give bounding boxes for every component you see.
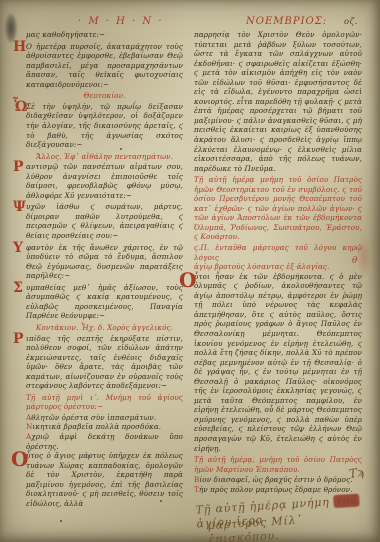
right-text-column: παρρησίᾳ τὸν Χριστὸν Θεὸν ὁμολογῶν· τύπτ…: [194, 30, 362, 494]
left-text-column: μας καθοδηγήσατε:~ Η Ο ἡμετέρᾳ πυρσοῖς, …: [26, 30, 183, 510]
vita-paragraph: Ο ὗτοι ἦσαν ἐκ τῶν ἑβδομήκοντα. ϛ ὁ μὲν …: [194, 272, 362, 453]
rubric-martin-heading: ϛ Τῇ αὐτῇ ἡμέρᾳ, μνήμη τοῦ ὁσίου Πατρὸς …: [194, 455, 362, 474]
margin-letter-mark: θ: [352, 256, 357, 266]
hymn-paragraph: Ὦ Σὲ τὴν ὑψηλήν, τῷ πρωΐῳ δείξασαν διδαχ…: [26, 102, 183, 150]
rubric-kontakion: Κοντάκιον. Ἦχ. δ. Χορὸς ἀγγελικός.: [26, 323, 183, 333]
rubric-theotokion: Θεοτοκίον.: [26, 91, 183, 101]
paragraph-text: αντισμῷ τῶν πανσέπτων αἱμάτων σου, λύθρο…: [26, 162, 183, 200]
synaxarion-verse: Αχριῷ ἀμφὶ δεκάτῃ δονάκων ὕπο ὀρέστης.: [26, 432, 183, 451]
paragraph-text: υμπαθείας μεθ᾿ ἡμᾶς ἀξίωσον, τοὺς ἀσυμπα…: [26, 283, 183, 321]
manuscript-page: · Μ · Η · Ν · ΝΟΕΜΒΡΙΟΣ: οζ. μας καθοδηγ…: [0, 0, 380, 542]
rubric-synaxarion-heading: ϛ Τῇ αὐτῇ μηνὶ ι΄. Μνήμη τοῦ ἁγίου μάρτυ…: [26, 393, 183, 412]
heading-text: Τῇ αὐτῇ ἡμέρᾳ, μνήμη τοῦ ὁσίου Πατρὸς ἡμ…: [194, 455, 358, 474]
paragraph-text: Ο ἡμετέρᾳ πυρσοῖς, ἀκαταμάχητον τοὺς ἀθρ…: [26, 42, 183, 89]
drop-cap: Σ: [13, 281, 23, 295]
ink-blot: τοῦ: [333, 494, 360, 509]
ink-speck: [300, 430, 302, 432]
running-header: · Μ · Η · Ν · ΝΟΕΜΒΡΙΟΣ: οζ.: [0, 16, 380, 30]
hymn-paragraph: Ψ υχῶν ἰάσθω ϛ σωμάτων, μάρτυς, δίμοιραν…: [26, 202, 183, 240]
stigma-mark: ϛ: [179, 393, 183, 403]
stigma-mark: ϛ: [358, 455, 362, 465]
hymn-paragraph: Σ υμπαθείας μεθ᾿ ἡμᾶς ἀξίωσον, τοὺς ἀσυμ…: [26, 283, 183, 321]
drop-cap: Υ: [13, 241, 23, 255]
header-month-label: · Μ · Η · Ν ·: [78, 16, 164, 27]
verse-text: ικητικὰ βραβεῖα πολλὰ προσδόκα.: [32, 422, 161, 431]
heading-text: Τῇ αὐτῇ μηνὶ ι΄. Μνήμη τοῦ ἁγίου μάρτυρο…: [26, 393, 179, 412]
hymn-paragraph: Η Ο ἡμετέρᾳ πυρσοῖς, ἀκαταμάχητον τοὺς ἀ…: [26, 42, 183, 90]
synaxarion-verse-red: ϛ.Π. ἐνταῦθα μάρτυρας τοῦ λόγου κηρῷ λόγ…: [194, 243, 362, 262]
verse-text: ίον διασαφεῖ, ὡς βραχύς ἐστιν ὁ δρόμος.: [199, 475, 352, 484]
rubric-commemorations: Τῇ αὐτῇ ἡμέρᾳ μνήμη τοῦ ὁσίου Πατρὸς ἡμῶ…: [194, 175, 362, 242]
paragraph-text: ιπίδας τῆς σεπτῆς ἐκηρύξατε πίστιν, πολύ…: [26, 334, 183, 391]
hymn-paragraph: Ρ ιπίδας τῆς σεπτῆς ἐκηρύξατε πίστιν, πο…: [26, 334, 183, 391]
synaxarion-verse: Βίον διασαφεῖ, ὡς βραχύς ἐστιν ὁ δρόμος.: [194, 475, 362, 485]
continuation-line: μας καθοδηγήσατε:~: [26, 30, 183, 40]
ink-speck: [88, 455, 90, 457]
paragraph-text: Σὲ τὴν ὑψηλήν, τῷ πρωΐῳ δείξασαν διδαχθε…: [26, 102, 183, 149]
ink-speck: [160, 500, 162, 502]
paragraph-text: φαντὸν ἐκ τῆς ἄνωθεν χάριτος, ἐν τῷ ὑποδ…: [26, 243, 183, 281]
hymn-paragraph: Υ φαντὸν ἐκ τῆς ἄνωθεν χάριτος, ἐν τῷ ὑπ…: [26, 243, 183, 281]
synaxarion-verse-red: ἁγίῳ βροτοὺς λύσαντας ἐξ ἀλογίας.: [194, 262, 362, 272]
drop-cap: Ρ: [13, 160, 24, 174]
drop-cap: Ὦ: [13, 100, 27, 114]
drop-cap: Ψ: [13, 200, 26, 214]
ink-speck: [60, 520, 62, 522]
drop-cap: Ο: [11, 449, 29, 469]
ink-speck: [120, 148, 122, 150]
drop-cap: Η: [13, 40, 26, 54]
vita-paragraph-continued: παρρησίᾳ τὸν Χριστὸν Θεὸν ὁμολογῶν· τύπτ…: [194, 30, 362, 173]
hymn-paragraph: Ρ αντισμῷ τῶν πανσέπτων αἱμάτων σου, λύθ…: [26, 162, 183, 200]
folio-number: οζ.: [344, 17, 358, 27]
synaxarion-verse: Νικητικὰ βραβεῖα πολλὰ προσδόκα.: [26, 422, 183, 432]
verse-text: θλητῶν ὀρέστα σὺν ἱππασμάτων.: [31, 413, 156, 422]
drop-cap: Ο: [179, 270, 197, 290]
synaxarion-verse: Τὴν πρὸς πόλον μαρτύρως ἔδραμε θρόνον.: [194, 485, 362, 495]
paragraph-text: υχῶν ἰάσθω ϛ σωμάτων, μάρτυς, δίμοιραν π…: [26, 202, 183, 240]
verse-text: ὴν πρὸς πόλον μαρτύρως ἔδραμε θρόνον.: [199, 485, 353, 494]
rubric-allos: Ἄλλος. Ἐφ᾿ αἰθάλην πεντασημάτων.: [26, 152, 183, 162]
paragraph-text: ὗτοι ἦσαν ἐκ τῶν ἑβδομήκοντα. ϛ ὁ μὲν ὀλ…: [194, 272, 362, 453]
pen-flourish: Τϡ: [348, 465, 365, 481]
drop-cap: Ρ: [13, 332, 24, 346]
verse-text: χριῷ ἀμφὶ δεκάτῃ δονάκων ὕπο ὀρέστης.: [26, 432, 183, 451]
header-november-label: ΝΟΕΜΒΡΙΟΣ:: [246, 16, 327, 27]
synaxarion-verse: Αθλητῶν ὀρέστα σὺν ἱππασμάτων.: [26, 413, 183, 423]
